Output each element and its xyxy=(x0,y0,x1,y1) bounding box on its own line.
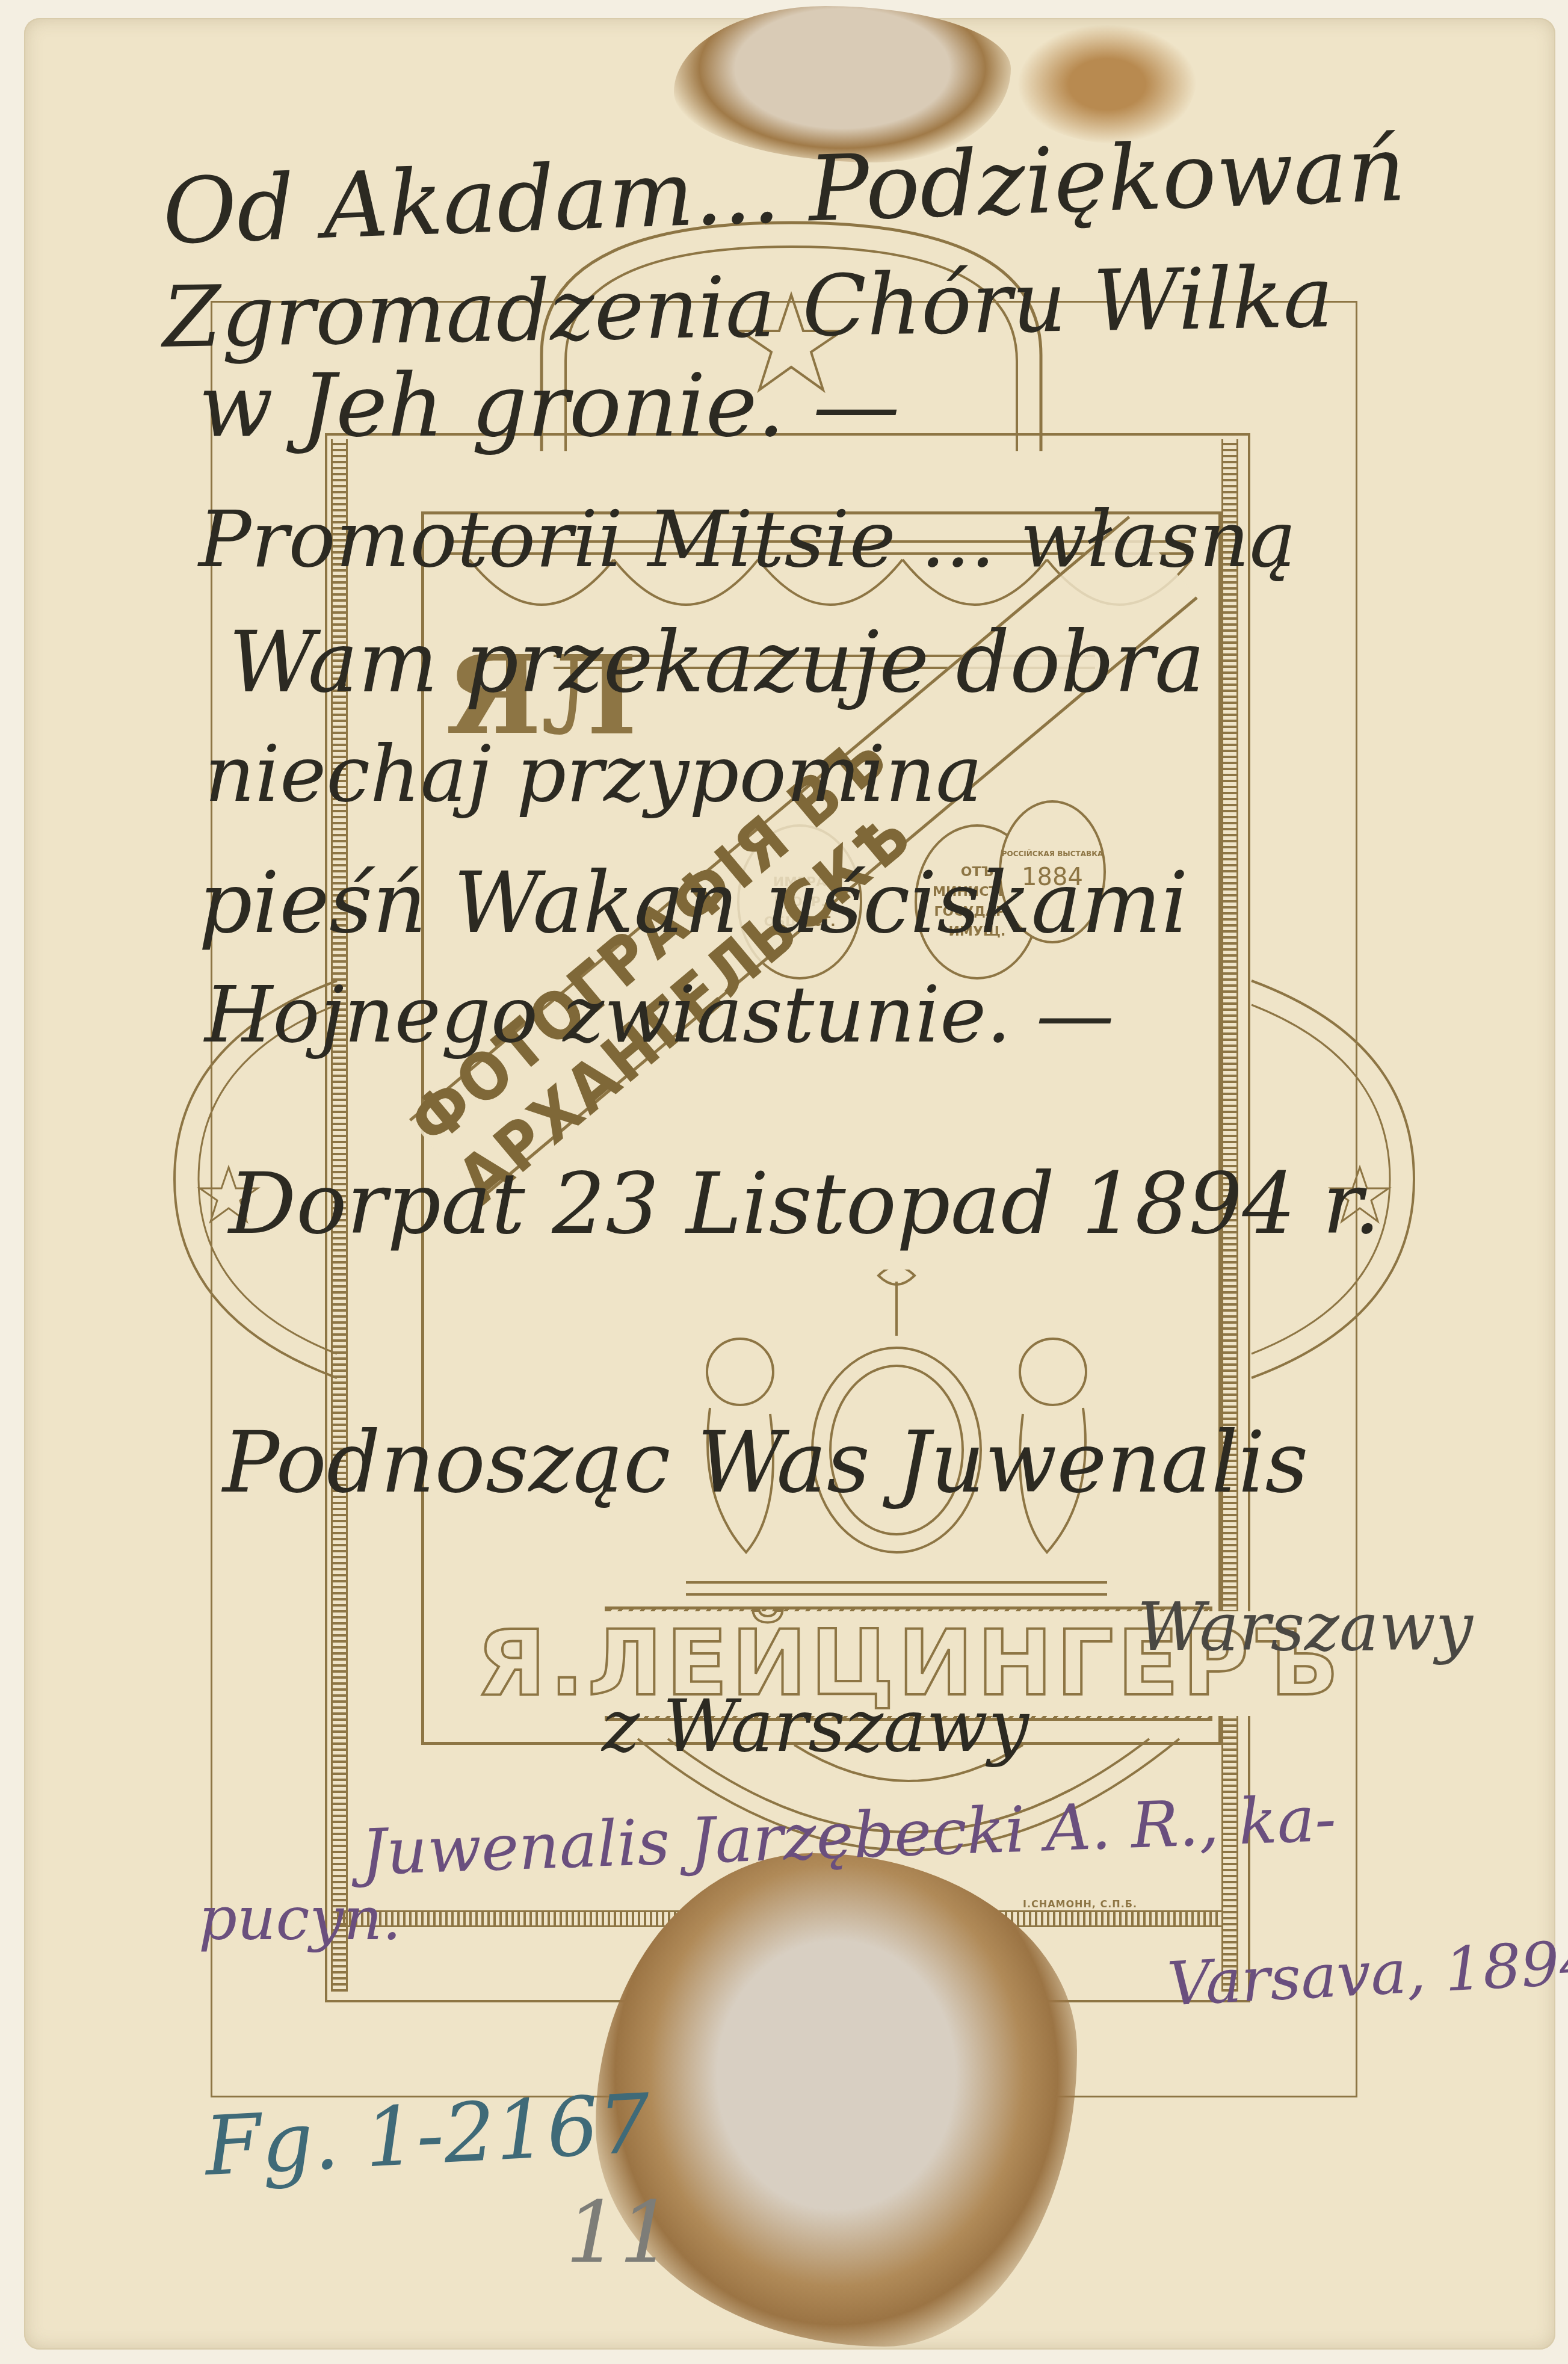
handwritten-line-11: Warszawy xyxy=(1137,1588,1473,1665)
handwritten-line-7: pieśń Wakan uściskami xyxy=(199,854,1188,952)
handwritten-date-line: Dorpat 23 Listopad 1894 r. xyxy=(229,1155,1380,1253)
handwritten-line-1: Od Akadam... Podziękowań xyxy=(161,117,1407,265)
handwritten-line-8: Hojnego zwiastunie. — xyxy=(205,969,1114,1060)
handwritten-line-4: Promotorii Mitsie ... własną xyxy=(199,493,1296,585)
handwritten-line-3: w Jeh gronie. — xyxy=(199,355,900,457)
handwritten-line-5: Wam przekazuje dobra xyxy=(229,614,1205,712)
handwritten-line-6: niechaj przypomina xyxy=(205,728,983,819)
photo-card-back: ЯЛ ИМЕРА ГЕОГР. ОБЩЕСТ. ОТЪ МИНИСТЕР. ГО… xyxy=(24,18,1555,2350)
handwritten-line-12: z Warszawy xyxy=(602,1685,1029,1768)
handwritten-signature-line: Podnosząc Was Juwenalis xyxy=(223,1414,1308,1512)
printer-credit: I.CHAMOHH, C.П.Б. xyxy=(1023,1898,1137,1910)
handwritten-line-2: Zgromadzenia Chóru Wilka xyxy=(162,248,1334,367)
archival-note-line-2: pucyn. xyxy=(199,1883,401,1954)
pencil-mark: 11 xyxy=(566,2184,673,2282)
